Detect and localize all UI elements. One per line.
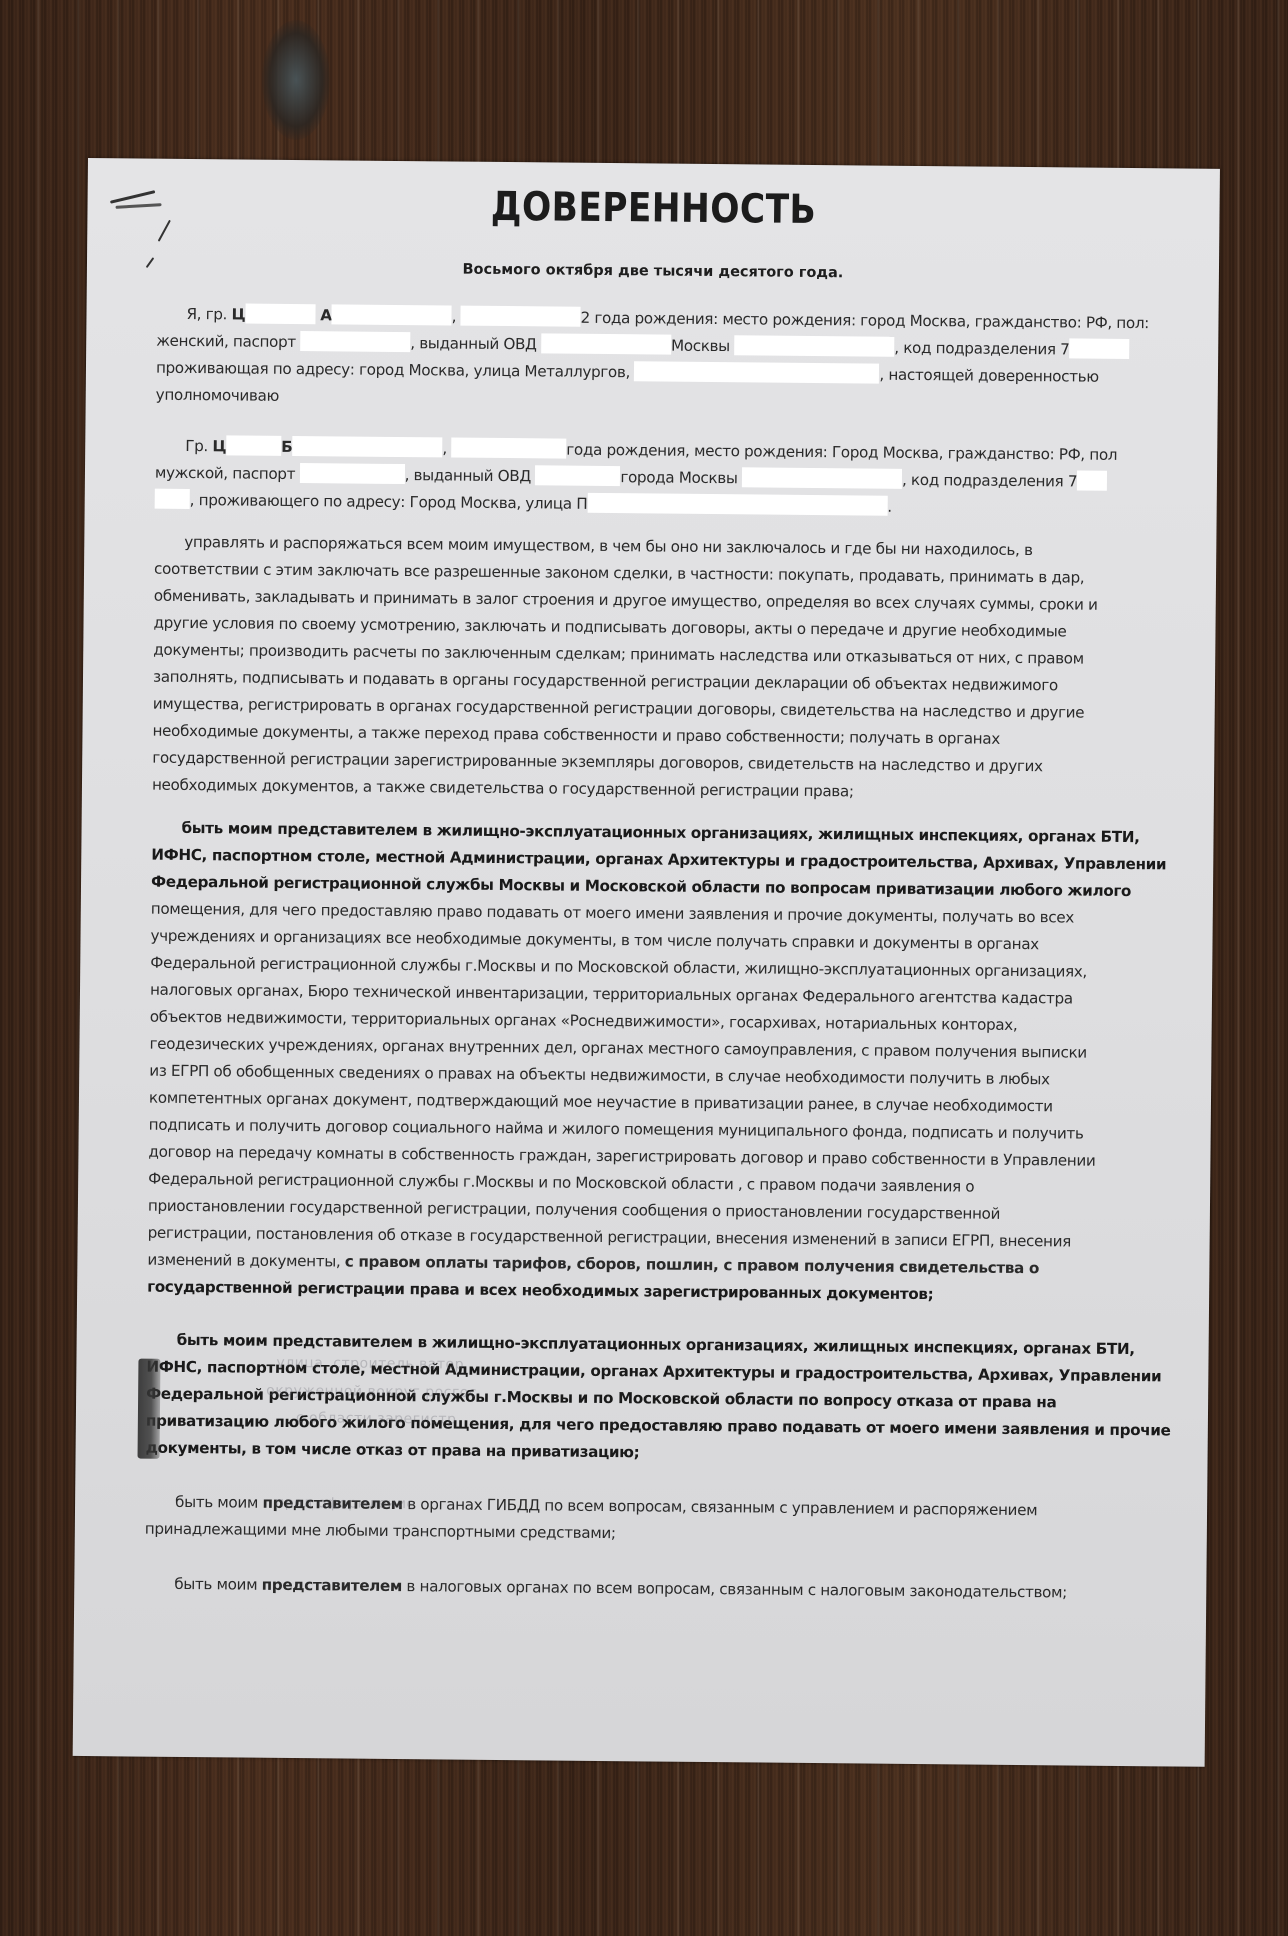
bleed-through-text: с области зарегистр bbox=[296, 1410, 457, 1428]
paragraph-tax-authorities: быть моим представителем в налоговых орг… bbox=[144, 1571, 1164, 1608]
text-segment: , bbox=[452, 307, 461, 325]
text-segment: Москвы bbox=[671, 337, 734, 356]
redaction-box bbox=[226, 435, 281, 456]
text-segment: города Москвы bbox=[620, 468, 742, 487]
paragraph-privatization-representation: быть моим представителем в жилищно-экспл… bbox=[147, 815, 1172, 1311]
handwritten-mark bbox=[110, 190, 155, 204]
redaction-box bbox=[587, 493, 887, 516]
bleed-through-text: прол оформление bbox=[275, 1495, 416, 1512]
bleed-through-text: окруженной вокруг росгос bbox=[266, 1383, 477, 1401]
text-segment: женский, паспорт bbox=[156, 332, 300, 351]
text-segment: Гр. Ц bbox=[185, 437, 226, 455]
redaction-box bbox=[300, 463, 405, 484]
redaction-box bbox=[535, 465, 620, 486]
principal-section: Я, гр. Ц А, 2 года рождения: место рожде… bbox=[156, 301, 1177, 419]
redaction-box bbox=[155, 489, 190, 509]
text-segment: мужской, паспорт bbox=[155, 464, 300, 483]
text-segment: 2 года рождения: место рождения: город М… bbox=[581, 309, 1150, 332]
text-segment: , код подразделения 7 bbox=[902, 471, 1077, 491]
document-title: ДОВЕРЕННОСТЬ bbox=[167, 181, 1141, 236]
text-segment: , bbox=[442, 439, 451, 457]
redaction-box bbox=[1069, 338, 1129, 359]
text-segment: проживающая по адресу: город Москва, ули… bbox=[156, 359, 635, 382]
text-segment: Б bbox=[281, 438, 292, 456]
text-segment: А bbox=[315, 306, 332, 324]
text-segment: Я, гр. Ц bbox=[186, 305, 245, 324]
redaction-box bbox=[451, 438, 566, 459]
redaction-box bbox=[300, 331, 410, 352]
redaction-box bbox=[245, 304, 315, 325]
redaction-box bbox=[541, 333, 671, 354]
document-date: Восьмого октября две тысячи десятого год… bbox=[87, 258, 1219, 285]
redaction-box bbox=[734, 335, 894, 357]
text-segment: , код подразделения 7 bbox=[894, 339, 1069, 359]
text-segment: уполномочиваю bbox=[156, 386, 279, 405]
handwritten-mark bbox=[115, 203, 161, 209]
text-segment: , выданный ОВД bbox=[405, 466, 536, 485]
power-of-attorney-sheet: ДОВЕРЕННОСТЬ Восьмого октября две тысячи… bbox=[73, 158, 1220, 1767]
text-segment: , настоящей доверенностью bbox=[879, 366, 1098, 386]
text-segment: года рождения, место рождения: Город Мос… bbox=[566, 441, 1117, 464]
redaction-box bbox=[332, 304, 452, 325]
attorney-section: Гр. ЦБ, года рождения, место рождения: Г… bbox=[155, 433, 1176, 524]
text-segment: , выданный ОВД bbox=[410, 334, 541, 353]
stamp-mark bbox=[138, 1359, 161, 1459]
redaction-box bbox=[461, 306, 581, 327]
redaction-box bbox=[292, 436, 442, 457]
bleed-through-text: улица ,строитель ватор bbox=[276, 1355, 464, 1373]
redaction-box bbox=[742, 467, 902, 489]
text-line: быть моим представителем в налоговых орг… bbox=[144, 1571, 1164, 1608]
text-segment: . bbox=[887, 498, 892, 516]
text-segment: , проживающего по адресу: Город Москва, … bbox=[190, 491, 588, 513]
wood-knot bbox=[262, 20, 330, 140]
paragraph-property-management: управлять и распоряжаться всем моим имущ… bbox=[152, 529, 1175, 809]
redaction-box bbox=[634, 361, 879, 383]
redaction-box bbox=[1077, 471, 1107, 491]
